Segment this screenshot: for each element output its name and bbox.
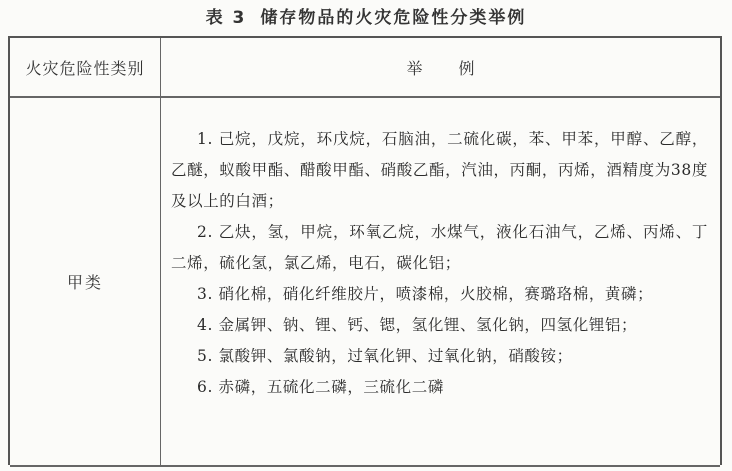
fire-hazard-table: 火灾危险性类别 举例 甲类 1. 己烷，戊烷，环戊烷，石脑油，二硫化碳，苯、甲苯… bbox=[8, 36, 722, 465]
header-examples-label: 举例 bbox=[406, 56, 510, 79]
example-item-6: 6. 赤磷，五硫化二磷，三硫化二磷 bbox=[171, 372, 708, 403]
category-cell: 甲类 bbox=[10, 98, 161, 465]
example-item-2: 2. 乙炔，氢，甲烷，环氧乙烷，水煤气，液化石油气，乙烯、丙烯、丁二烯，硫化氢，… bbox=[171, 217, 708, 279]
table-title: 储存物品的火灾危险性分类举例 bbox=[260, 8, 526, 28]
header-cell-examples: 举例 bbox=[161, 38, 720, 96]
table-header-row: 火灾危险性类别 举例 bbox=[10, 38, 720, 98]
header-category-label: 火灾危险性类别 bbox=[25, 56, 144, 79]
examples-cell: 1. 己烷，戊烷，环戊烷，石脑油，二硫化碳，苯、甲苯，甲醇、乙醇，乙醚，蚁酸甲酯… bbox=[161, 98, 720, 465]
example-item-4: 4. 金属钾、钠、锂、钙、锶，氢化锂、氢化钠，四氢化锂铝； bbox=[171, 310, 708, 341]
example-item-1: 1. 己烷，戊烷，环戊烷，石脑油，二硫化碳，苯、甲苯，甲醇、乙醇，乙醚，蚁酸甲酯… bbox=[171, 124, 708, 217]
table-caption: 表 3储存物品的火灾危险性分类举例 bbox=[0, 3, 732, 28]
example-item-5: 5. 氯酸钾、氯酸钠，过氧化钾、过氧化钠，硝酸铵； bbox=[171, 341, 708, 372]
header-cell-category: 火灾危险性类别 bbox=[10, 38, 161, 96]
example-item-3: 3. 硝化棉，硝化纤维胶片，喷漆棉，火胶棉，赛璐珞棉，黄磷； bbox=[171, 279, 708, 310]
category-label: 甲类 bbox=[67, 270, 103, 293]
examples-list: 1. 己烷，戊烷，环戊烷，石脑油，二硫化碳，苯、甲苯，甲醇、乙醇，乙醚，蚁酸甲酯… bbox=[171, 124, 708, 403]
table-row: 甲类 1. 己烷，戊烷，环戊烷，石脑油，二硫化碳，苯、甲苯，甲醇、乙醇，乙醚，蚁… bbox=[10, 98, 720, 467]
table-number: 表 3 bbox=[206, 8, 247, 28]
